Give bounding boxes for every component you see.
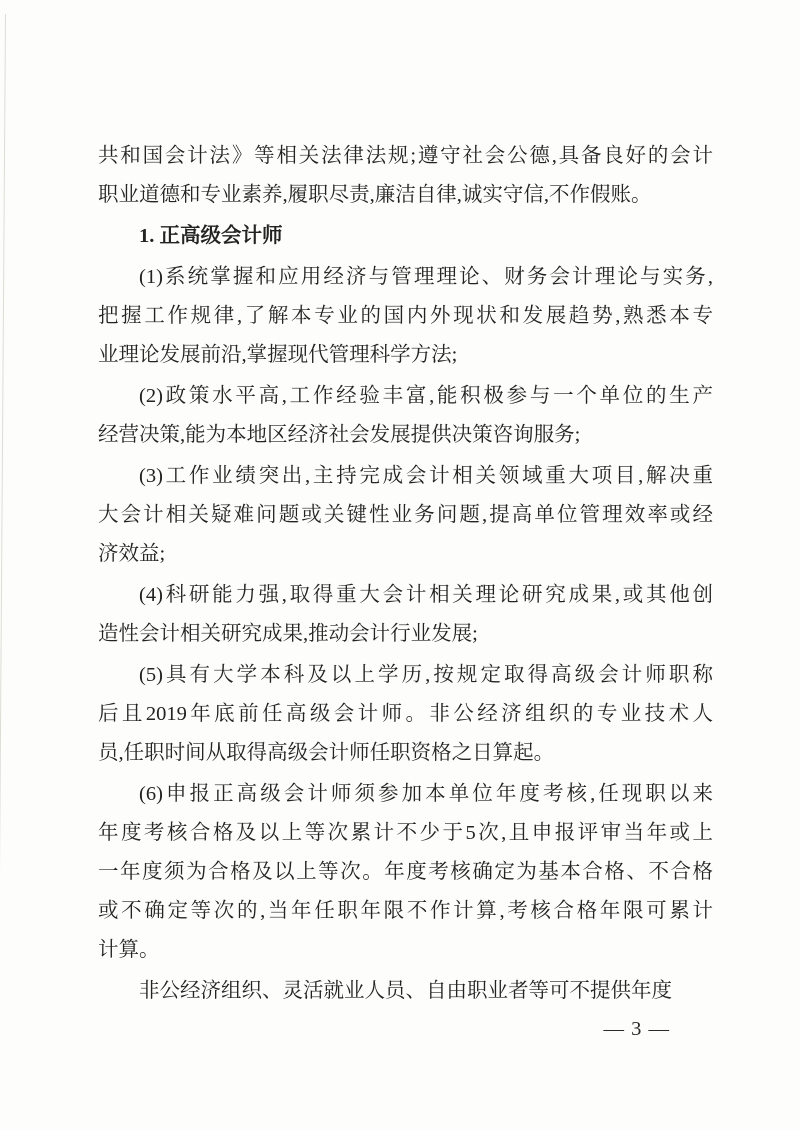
text-line: 年度考核合格及以上等次累计不少于5次,且申报评审当年或上 (98, 814, 713, 853)
text-line: 职业道德和专业素养,履职尽责,廉洁自律,诚实守信,不作假账。 (98, 176, 713, 215)
text-line: 济效益; (98, 535, 713, 574)
text-line: (3)工作业绩突出,主持完成会计相关领域重大项目,解决重 (98, 457, 713, 496)
paragraph: 共和国会计法》等相关法律法规;遵守社会公德,具备良好的会计 职业道德和专业素养,… (98, 137, 713, 215)
text-line: 共和国会计法》等相关法律法规;遵守社会公德,具备良好的会计 (98, 137, 713, 176)
text-line: 或不确定等次的,当年任职年限不作计算,考核合格年限可累计 (98, 892, 713, 931)
paragraph: 非公经济组织、灵活就业人员、自由职业者等可不提供年度 (98, 972, 713, 1011)
paragraph: (4)科研能力强,取得重大会计相关理论研究成果,或其他创 造性会计相关研究成果,… (98, 576, 713, 654)
page-number: — 3 — (604, 1018, 671, 1041)
paragraph: (2)政策水平高,工作经验丰富,能积极参与一个单位的生产 经营决策,能为本地区经… (98, 377, 713, 455)
paragraph: (5)具有大学本科及以上学历,按规定取得高级会计师职称 后且2019年底前任高级… (98, 656, 713, 773)
text-line: 员,任职时间从取得高级会计师任职资格之日算起。 (98, 734, 713, 773)
section-heading: 1. 正高级会计师 (98, 217, 713, 256)
paragraph: 1. 正高级会计师 (98, 217, 713, 256)
paragraph: (1)系统掌握和应用经济与管理理论、财务会计理论与实务, 把握工作规律,了解本专… (98, 258, 713, 375)
text-line: (6)申报正高级会计师须参加本单位年度考核,任现职以来 (98, 775, 713, 814)
scan-crease-line (0, 14, 6, 1019)
text-line: 大会计相关疑难问题或关键性业务问题,提高单位管理效率或经 (98, 496, 713, 535)
text-line: 造性会计相关研究成果,推动会计行业发展; (98, 615, 713, 654)
paragraph: (6)申报正高级会计师须参加本单位年度考核,任现职以来 年度考核合格及以上等次累… (98, 775, 713, 970)
document-body: 共和国会计法》等相关法律法规;遵守社会公德,具备良好的会计 职业道德和专业素养,… (98, 137, 713, 1011)
text-line: 把握工作规律,了解本专业的国内外现状和发展趋势,熟悉本专 (98, 297, 713, 336)
text-line: 业理论发展前沿,掌握现代管理科学方法; (98, 336, 713, 375)
text-line: 非公经济组织、灵活就业人员、自由职业者等可不提供年度 (98, 972, 713, 1011)
paragraph: (3)工作业绩突出,主持完成会计相关领域重大项目,解决重 大会计相关疑难问题或关… (98, 457, 713, 574)
text-line: (4)科研能力强,取得重大会计相关理论研究成果,或其他创 (98, 576, 713, 615)
text-line: 后且2019年底前任高级会计师。非公经济组织的专业技术人 (98, 695, 713, 734)
text-line: (1)系统掌握和应用经济与管理理论、财务会计理论与实务, (98, 258, 713, 297)
text-line: 计算。 (98, 931, 713, 970)
text-line: 一年度须为合格及以上等次。年度考核确定为基本合格、不合格 (98, 853, 713, 892)
text-line: (5)具有大学本科及以上学历,按规定取得高级会计师职称 (98, 656, 713, 695)
text-line: (2)政策水平高,工作经验丰富,能积极参与一个单位的生产 (98, 377, 713, 416)
text-line: 经营决策,能为本地区经济社会发展提供决策咨询服务; (98, 416, 713, 455)
